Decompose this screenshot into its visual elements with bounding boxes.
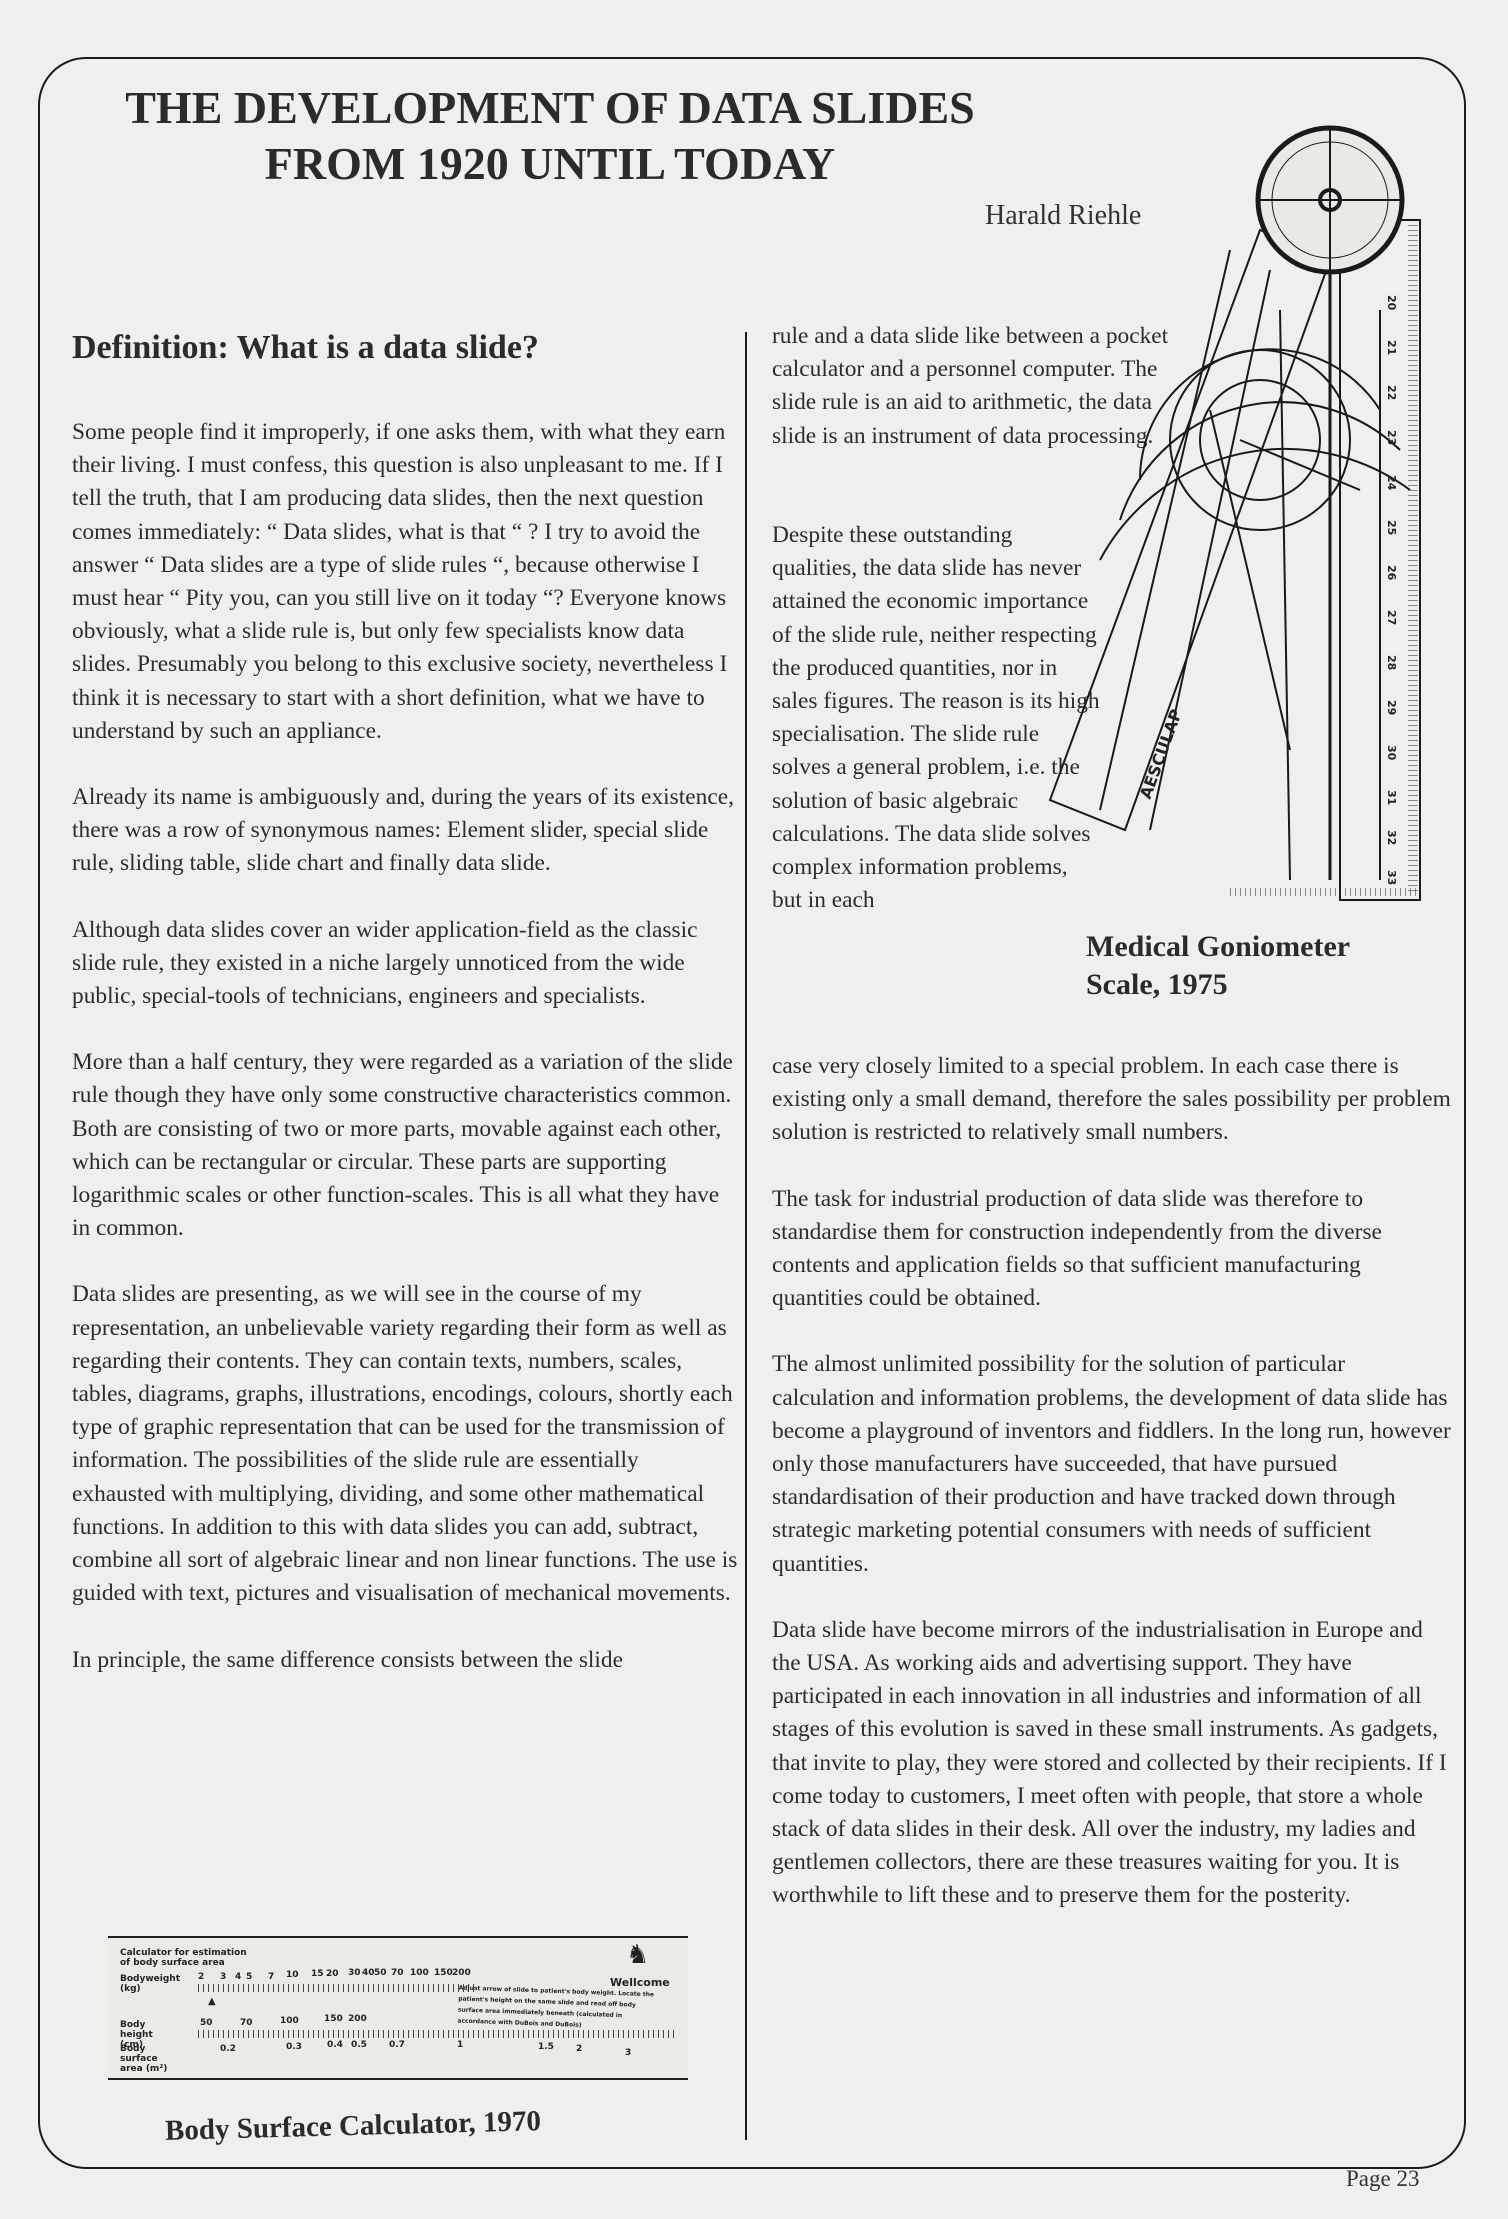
tick-label: 20	[326, 1969, 339, 1979]
tick-label: 15	[311, 1969, 324, 1979]
paragraph: case very closely limited to a special p…	[772, 1050, 1452, 1150]
right-column-bottom: case very closely limited to a special p…	[772, 1050, 1452, 1946]
tick-label: 2	[576, 2044, 582, 2054]
horse-logo-icon: ♞	[626, 1940, 649, 1970]
svg-text:27: 27	[1385, 610, 1398, 625]
svg-text:31: 31	[1385, 790, 1398, 805]
article-title: THE DEVELOPMENT OF DATA SLIDES FROM 1920…	[100, 80, 1000, 192]
paragraph: Some people find it improperly, if one a…	[72, 416, 738, 748]
paragraph: Already its name is ambiguously and, dur…	[72, 781, 738, 881]
tick-label: 70	[391, 1968, 404, 1978]
page-number: Page 23	[1346, 2166, 1419, 2192]
svg-text:AESCULAP: AESCULAP	[1136, 706, 1186, 801]
title-line-1: THE DEVELOPMENT OF DATA SLIDES	[100, 80, 1000, 136]
tick-label: 70	[240, 2018, 253, 2028]
bodyweight-label: Bodyweight (kg)	[120, 1974, 175, 1994]
body-surface-calculator-figure: Calculator for estimation of body surfac…	[108, 1932, 688, 2092]
svg-text:24: 24	[1385, 475, 1398, 491]
tick-label: 30	[348, 1968, 361, 1978]
tick-label: 1.5	[538, 2042, 554, 2052]
tick-label: 200	[452, 1968, 471, 1978]
tick-label: 200	[348, 2014, 367, 2024]
svg-text:33: 33	[1385, 870, 1398, 885]
paragraph: The almost unlimited possibility for the…	[772, 1348, 1452, 1580]
tick-label: 40	[362, 1968, 375, 1978]
tick-label: 100	[410, 1968, 429, 1978]
tick-label: 50	[200, 2018, 213, 2028]
svg-text:25: 25	[1385, 520, 1398, 535]
tick-label: 3	[625, 2048, 631, 2058]
bodyweight-scale	[198, 1984, 478, 1992]
paragraph: In principle, the same difference consis…	[72, 1644, 738, 1677]
tick-label: 0.5	[351, 2040, 367, 2050]
section-heading: Definition: What is a data slide?	[72, 328, 738, 368]
paragraph: Data slides are presenting, as we will s…	[72, 1278, 738, 1610]
brand-label: Wellcome	[610, 1978, 670, 1988]
paragraph: The task for industrial production of da…	[772, 1183, 1452, 1316]
tick-label: 7	[268, 1972, 274, 1982]
svg-text:30: 30	[1385, 745, 1398, 761]
goniometer-illustration: 20 21 22 23 24 25 26 27 28 29 30 31 32 3…	[1030, 110, 1450, 910]
paragraph: More than a half century, they were rega…	[72, 1046, 738, 1245]
tick-label: 2	[198, 1972, 204, 1982]
svg-text:28: 28	[1385, 655, 1398, 670]
tick-label: 100	[280, 2016, 299, 2026]
title-line-2: FROM 1920 UNTIL TODAY	[100, 136, 1000, 192]
tick-label: 150	[434, 1968, 453, 1978]
tick-label: 4	[235, 1972, 241, 1982]
svg-text:22: 22	[1385, 385, 1398, 400]
bodyarea-label: Body surface area (m²)	[120, 2044, 175, 2074]
column-divider	[745, 332, 747, 2140]
tick-label: 5	[246, 1972, 252, 1982]
svg-text:23: 23	[1385, 430, 1398, 445]
svg-text:29: 29	[1385, 700, 1398, 715]
left-column: Definition: What is a data slide? Some p…	[72, 328, 738, 1677]
usage-instructions: Adjust arrow of slide to patient's body …	[457, 1983, 658, 2034]
paragraph: Data slide have become mirrors of the in…	[772, 1614, 1452, 1913]
figure-caption-goniometer: Medical Goniometer Scale, 1975	[1086, 928, 1350, 1004]
tick-label: 1	[457, 2040, 463, 2050]
svg-text:21: 21	[1385, 340, 1398, 355]
tick-label: 0.3	[286, 2042, 302, 2052]
slide-arrow-icon: ▲	[208, 1996, 216, 2007]
tick-label: 0.7	[389, 2040, 405, 2050]
tick-label: 10	[286, 1970, 299, 1980]
tick-label: 0.4	[327, 2040, 343, 2050]
tick-label: 50	[374, 1968, 387, 1978]
tick-label: 150	[324, 2014, 343, 2024]
paragraph: Although data slides cover an wider appl…	[72, 914, 738, 1014]
scale-number: 20	[1385, 295, 1398, 311]
tick-label: 0.2	[220, 2044, 236, 2054]
svg-text:32: 32	[1385, 830, 1398, 845]
svg-text:26: 26	[1385, 565, 1398, 581]
card-title: Calculator for estimation of body surfac…	[120, 1948, 247, 1968]
tick-label: 3	[220, 1972, 226, 1982]
